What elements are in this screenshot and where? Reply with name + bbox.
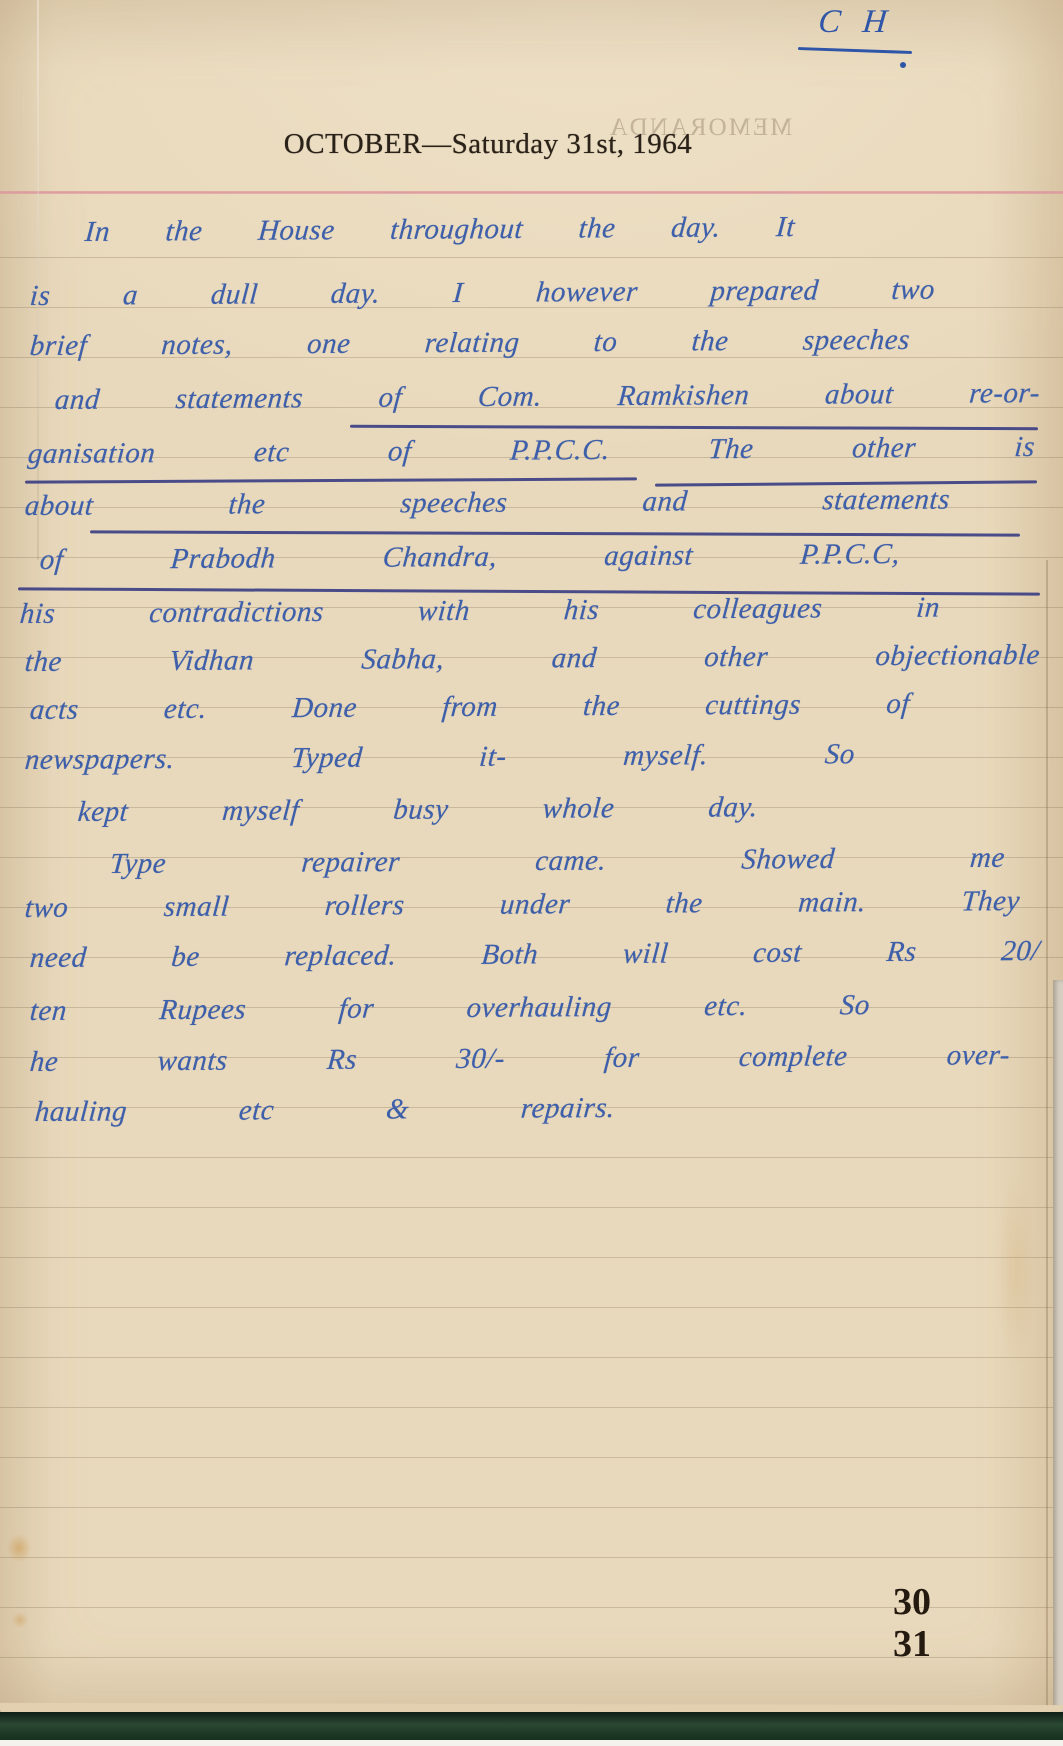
handwritten-line: is a dull day. I however prepared two <box>28 264 937 322</box>
handwritten-line: ten Rupees for overhauling etc. So <box>28 979 872 1037</box>
page-title: OCTOBER—Saturday 31st, 1964 <box>0 128 976 161</box>
diary-cover-edge <box>0 1712 1063 1740</box>
handwritten-line: and statements of Com. Ramkishen about r… <box>53 367 1042 426</box>
corner-initials-dot <box>900 62 906 68</box>
page-edge <box>1053 980 1063 1713</box>
handwritten-line: he wants Rs 30/- for complete over- <box>28 1029 1012 1088</box>
handwritten-line: kept myself busy whole day. <box>76 781 760 838</box>
stain <box>2 1528 36 1568</box>
handwritten-line: In the House throughout the day. It <box>83 201 797 258</box>
handwritten-line: ganisation etc of P.P.C.C. The other is <box>26 421 1037 480</box>
handwritten-line: need be replaced. Both will cost Rs 20/ <box>28 925 1042 984</box>
handwritten-line: of Prabodh Chandra, against P.P.C.C, <box>38 528 902 586</box>
paper-crease <box>1046 560 1048 1710</box>
stain <box>8 1608 32 1632</box>
stain <box>988 1140 1044 1400</box>
handwritten-line: brief notes, one relating to the speeche… <box>28 314 912 372</box>
handwritten-line: hauling etc & repairs. <box>33 1082 617 1138</box>
page-number: 30 <box>893 1582 963 1622</box>
handwritten-line: acts etc. Done from the cuttings of <box>28 678 912 736</box>
diary-page-scan: MEMORANDA OCTOBER—Saturday 31st, 1964 C … <box>0 0 1063 1746</box>
page-number: 31 <box>893 1624 963 1664</box>
handwritten-line: newspapers. Typed it- myself. So <box>23 728 857 786</box>
corner-initials: C H <box>798 4 914 41</box>
pink-header-rule <box>0 191 1063 194</box>
